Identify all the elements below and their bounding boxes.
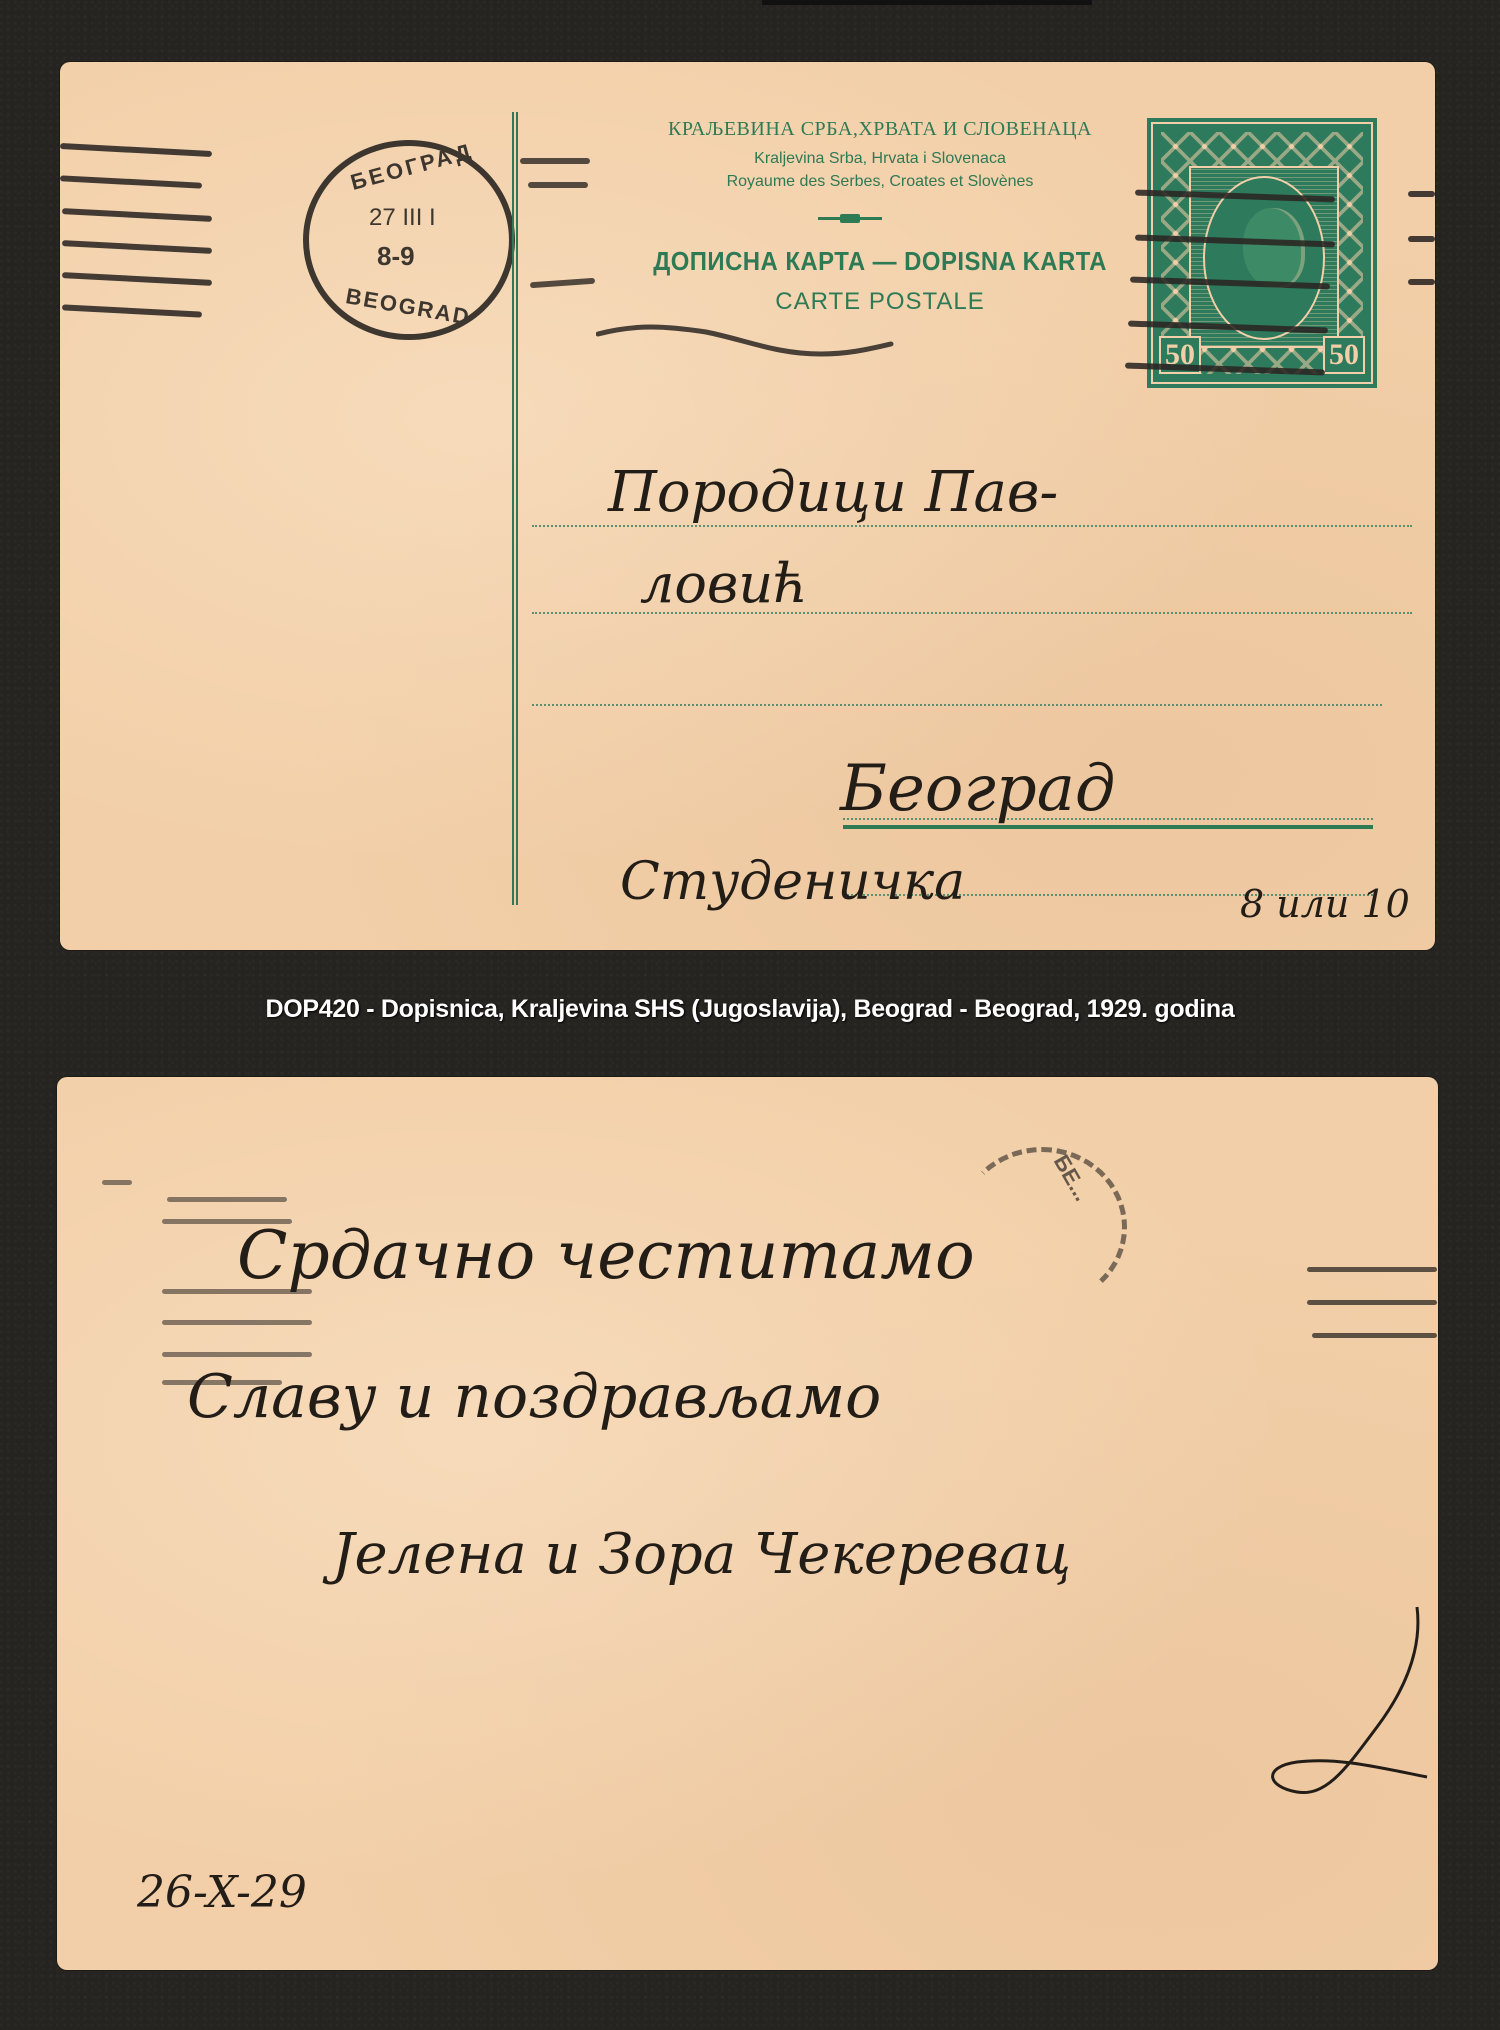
card-subtitle: CARTE POSTALE — [520, 288, 1240, 316]
cancel-bar — [62, 304, 202, 317]
vertical-divider — [512, 112, 518, 905]
cancel-bar — [162, 1320, 312, 1325]
address-city: Београд — [840, 752, 1115, 826]
postcard-front: БЕОГРАД 27 III I 8-9 BEOGRAD КРАЉЕВИНА С… — [60, 62, 1435, 950]
header-latin: Kraljevina Srba, Hrvata i Slovenaca — [520, 150, 1240, 168]
postmark-beograd: БЕОГРАД 27 III I 8-9 BEOGRAD — [303, 140, 515, 340]
top-edge-bar — [762, 0, 1092, 5]
header-ornament — [818, 217, 882, 220]
cancel-bar — [60, 143, 212, 157]
card-title: ДОПИСНА КАРТА — DOPISNA KARTA — [549, 246, 1211, 277]
cancel-bar — [62, 272, 212, 286]
cancel-bar — [102, 1180, 132, 1185]
item-caption: DOP420 - Dopisnica, Kraljevina SHS (Jugo… — [0, 995, 1500, 1024]
cancel-bar — [1408, 191, 1435, 197]
header-cyrillic: КРАЉЕВИНА СРБА,ХРВАТА И СЛОВЕНАЦА — [520, 118, 1240, 141]
address-number: 8 или 10 — [1240, 882, 1410, 926]
message-line-1: Срдачно честитамо — [237, 1217, 975, 1294]
partial-postmark — [957, 1147, 1127, 1307]
cancel-bar — [1408, 236, 1435, 242]
address-recipient-line1: Породици Пав- — [608, 460, 1058, 525]
postcard-back: БЕ... Срдачно честитамо Славу и поздрављ… — [57, 1077, 1438, 1970]
address-line-3 — [532, 704, 1382, 706]
wavy-cancel-line — [596, 320, 896, 360]
cancel-bar — [1307, 1267, 1437, 1272]
king-portrait-icon — [1243, 208, 1305, 288]
cancel-bar — [60, 175, 202, 188]
cancel-bar — [62, 240, 212, 254]
address-recipient-line2: ловић — [640, 552, 808, 615]
address-street: Студеничка — [620, 852, 965, 912]
postage-stamp: 50 50 — [1147, 118, 1377, 388]
postmark-city-bottom: BEOGRAD — [344, 283, 473, 331]
sent-date: 26-X-29 — [137, 1867, 307, 1918]
postmark-city-top: БЕОГРАД — [348, 138, 477, 196]
cancel-bar — [167, 1197, 287, 1202]
postmark-date: 27 III I — [369, 204, 436, 232]
signature-flourish — [1177, 1597, 1437, 1807]
message-line-2: Славу и поздрављамо — [187, 1362, 881, 1432]
header-french: Royaume des Serbes, Croates et Slovènes — [520, 173, 1240, 191]
cancel-bar — [1408, 279, 1435, 285]
cancel-bar — [528, 182, 588, 188]
message-signature: Јелена и Зора Чекеревац — [332, 1522, 1071, 1587]
postmark-time: 8-9 — [377, 241, 415, 272]
address-line-1 — [532, 525, 1412, 527]
cancel-bar — [520, 158, 590, 164]
cancel-bar — [62, 208, 212, 222]
stamp-value-right: 50 — [1323, 336, 1365, 374]
cancel-bar — [530, 278, 595, 289]
cancel-bar — [162, 1352, 312, 1357]
cancel-bar — [1307, 1300, 1437, 1305]
cancel-bar — [1312, 1333, 1437, 1338]
